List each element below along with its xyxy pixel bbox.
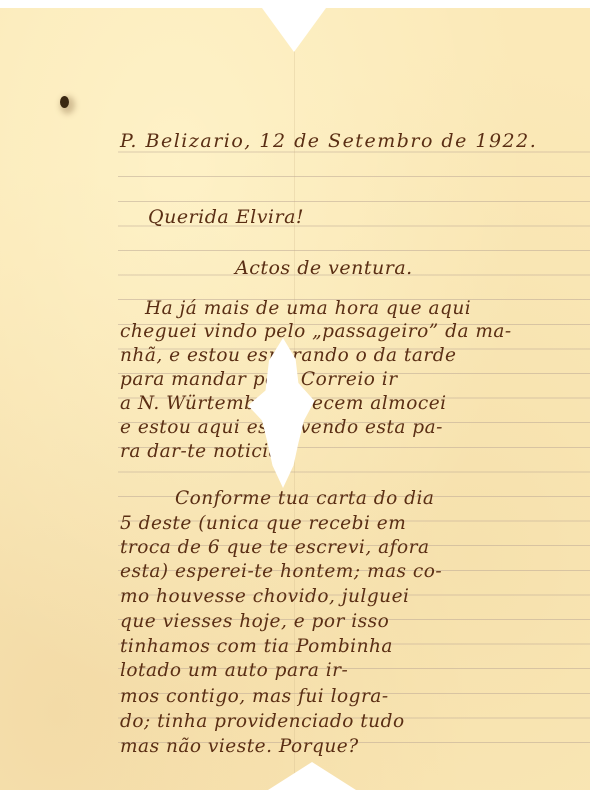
body-line: do; tinha providenciado tudo xyxy=(120,711,405,732)
body-line: cheguei vindo pelo „passageiro” da ma- xyxy=(120,321,512,342)
body-line: troca de 6 que te escrevi, afora xyxy=(120,537,429,558)
letter-page: P. Belizario, 12 de Setembro de 1922. Qu… xyxy=(0,8,590,790)
body-line: Ha já mais de uma hora que aqui xyxy=(145,298,471,319)
body-line: 5 deste (unica que recebi em xyxy=(120,513,406,534)
letter-subtitle: Actos de ventura. xyxy=(235,257,413,279)
body-line: esta) esperei-te hontem; mas co- xyxy=(120,561,442,582)
body-line: mo houvesse chovido, julguei xyxy=(120,586,409,607)
place-date-line: P. Belizario, 12 de Setembro de 1922. xyxy=(120,130,537,152)
ink-blot xyxy=(60,96,69,108)
bottom-tear-notch xyxy=(268,762,356,790)
body-line: Conforme tua carta do dia xyxy=(175,488,434,509)
top-tear-notch xyxy=(262,8,326,52)
body-line: tinhamos com tia Pombinha xyxy=(120,636,393,657)
body-line: que viesses hoje, e por isso xyxy=(120,611,389,632)
salutation: Querida Elvira! xyxy=(148,206,304,228)
body-line: mos contigo, mas fui logra- xyxy=(120,686,389,707)
body-line: para mandar pelo Correio ir xyxy=(120,369,398,390)
body-line: mas não vieste. Porque? xyxy=(120,736,359,757)
body-line: lotado um auto para ir- xyxy=(120,660,348,681)
